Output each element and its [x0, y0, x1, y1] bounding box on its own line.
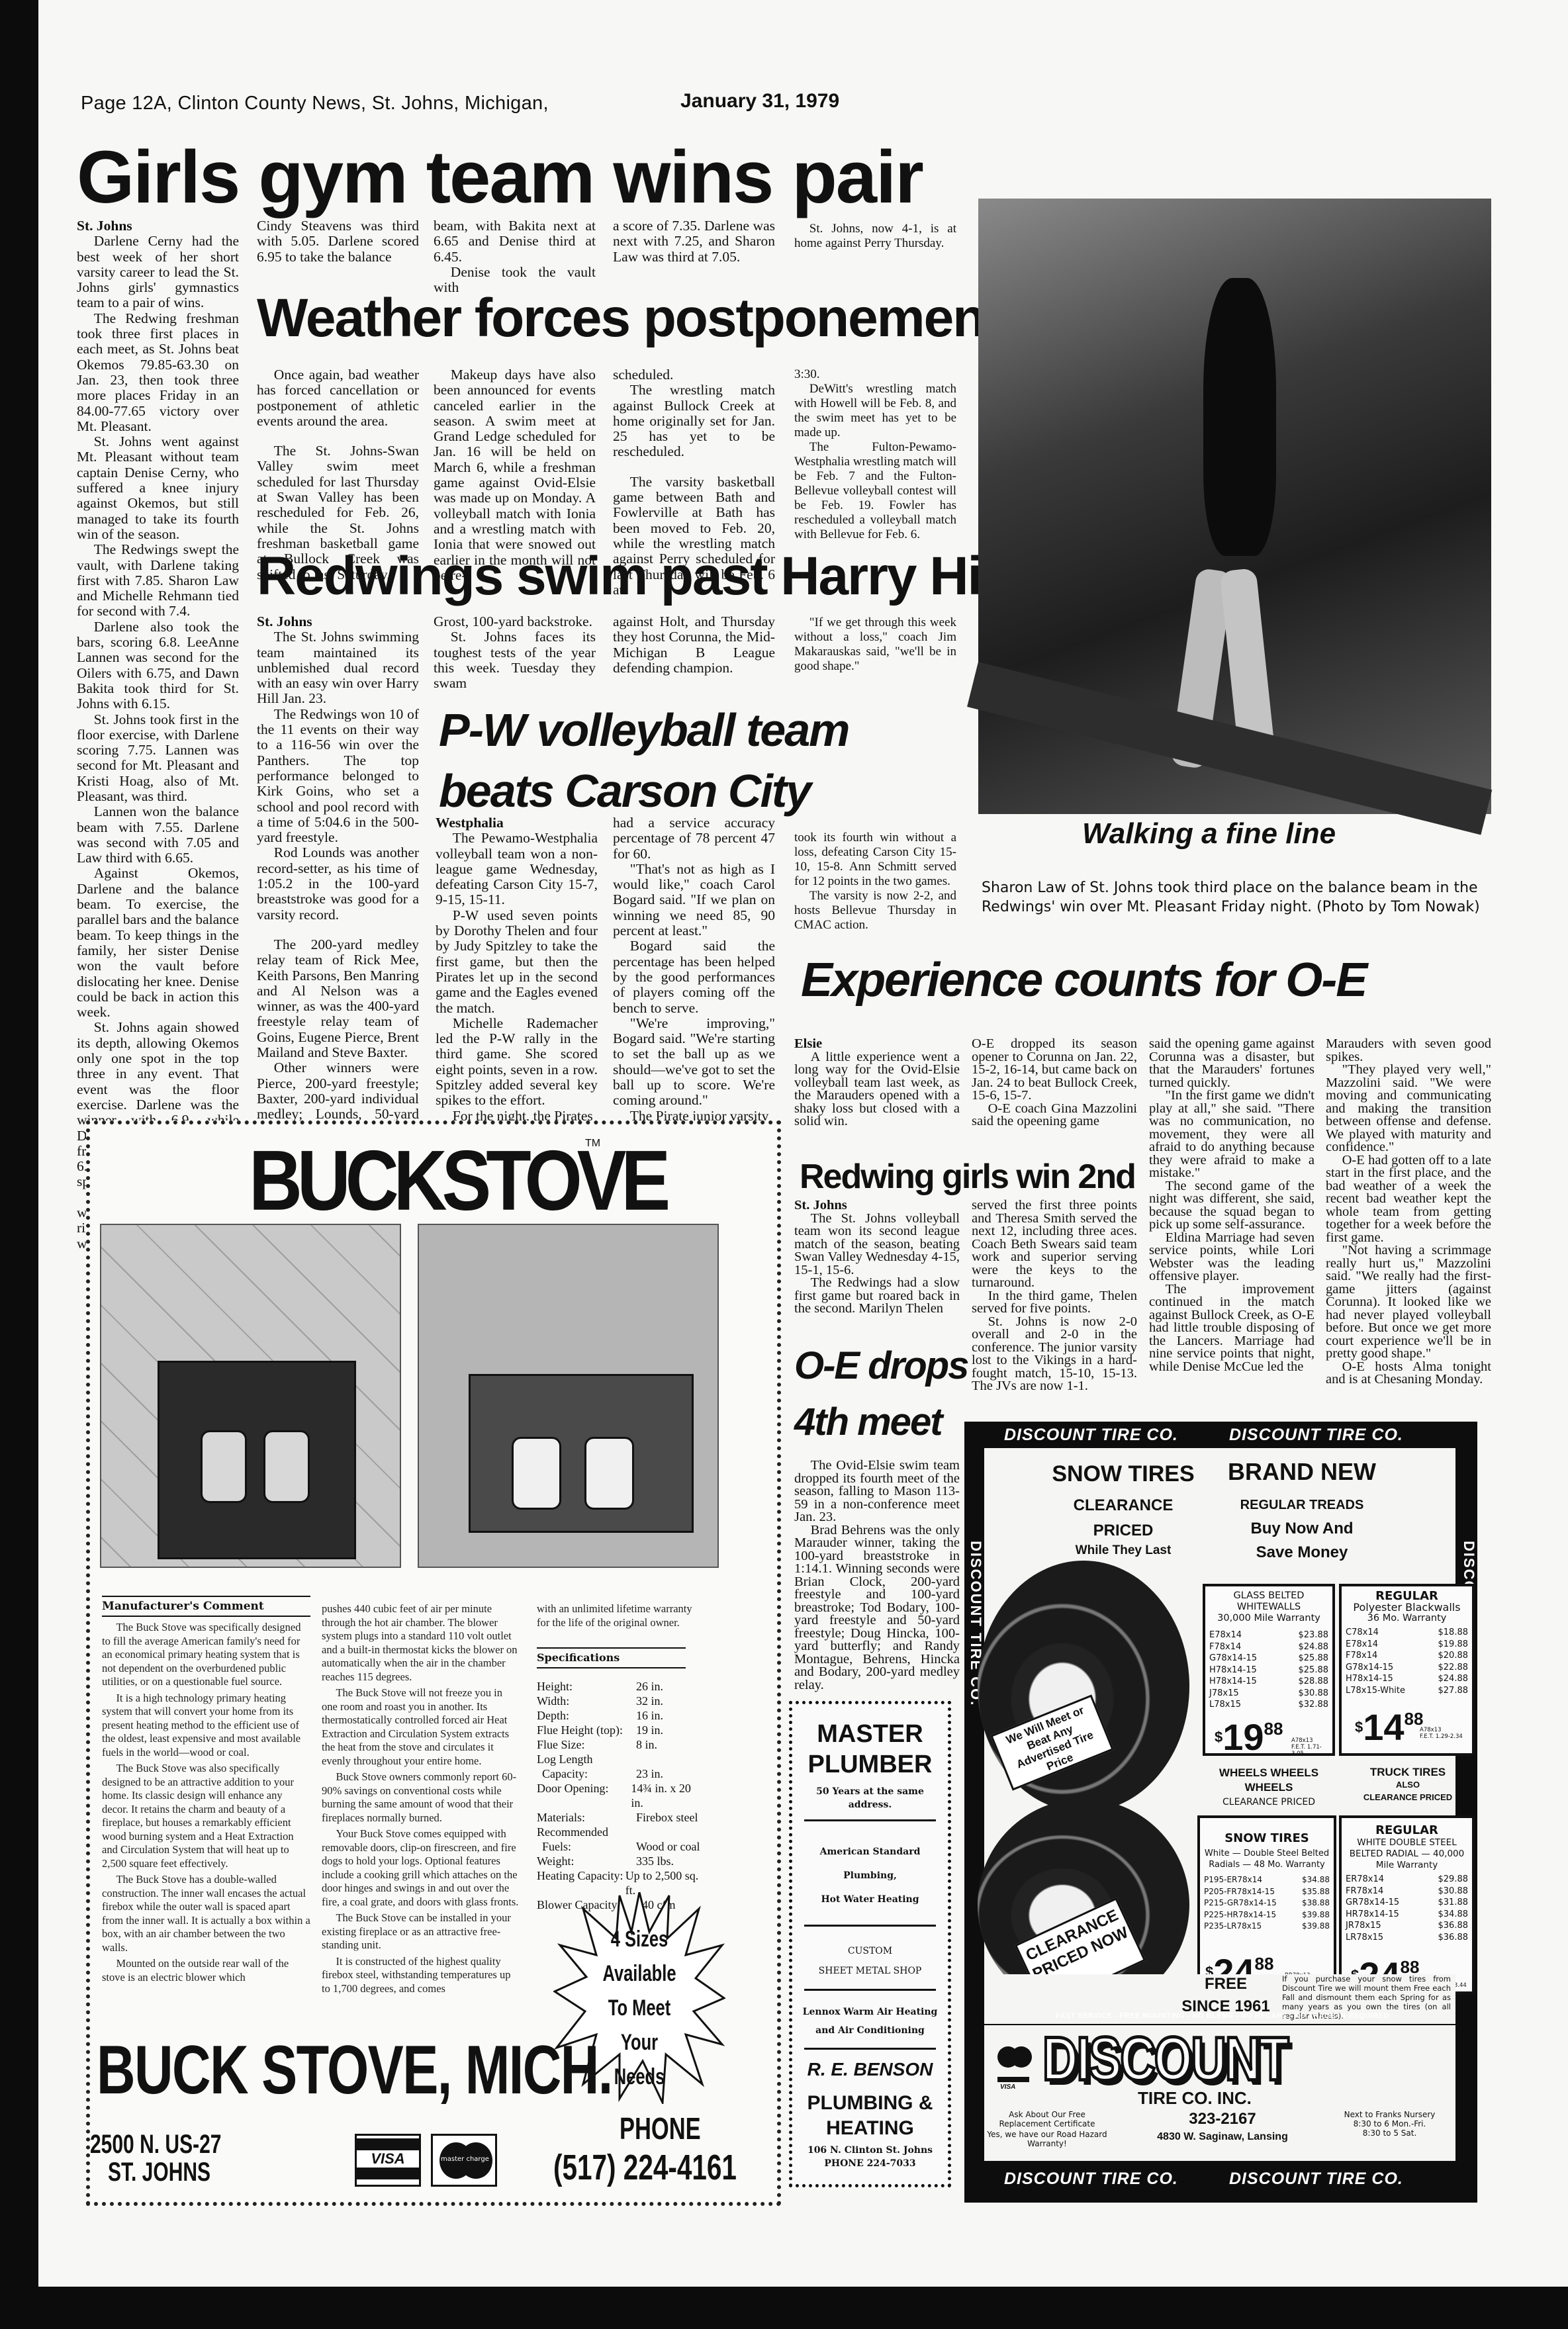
spec-row: Recommended — [537, 1825, 702, 1839]
oe-col2: O-E dropped its season opener to Corunna… — [972, 1038, 1137, 1128]
buck-text-col1: The Buck Stove was specifically designed… — [102, 1621, 310, 1987]
price-polyester: $1488 — [1355, 1709, 1423, 1746]
headline-oe-drops-line1: O-E drops — [794, 1347, 968, 1385]
spec-row: Flue Size:8 in. — [537, 1737, 702, 1752]
pw-col1: Westphalia The Pewamo-Westphalia volleyb… — [436, 815, 598, 1124]
swim-col3: against Holt, and Thursday they host Cor… — [613, 614, 775, 676]
oe-col3: said the opening game against Corunna wa… — [1149, 1038, 1314, 1373]
service-band: FAST SERVICE - FREE MOUNTING - NO BLEMS … — [991, 2007, 1454, 2025]
buck-text-col2: pushes 440 cubic feet of air per minute … — [322, 1602, 520, 1998]
plumber-address: 106 N. Clinton St. Johns — [792, 2144, 948, 2157]
stove-photo-insert — [418, 1224, 719, 1568]
price-glass: $1988 — [1215, 1719, 1283, 1756]
snow-tires-title: SNOW TIRES — [1037, 1461, 1209, 1487]
scan-border-bottom — [0, 2287, 1568, 2329]
photo-title: Walking a fine line — [1082, 817, 1336, 850]
pw-col2: had a service accuracy percentage of 78 … — [613, 815, 775, 1124]
tire-band-top-2: DISCOUNT TIRE CO. — [1229, 1426, 1403, 1445]
spec-row: Fuels:Wood or coal — [537, 1839, 702, 1854]
swim-col2: Grost, 100-yard backstroke. St. Johns fa… — [434, 614, 596, 691]
buck-stove-company-name: BUCK STOVE, MICH. — [97, 2031, 612, 2110]
phone-label: PHONE — [620, 2111, 701, 2146]
buck-phone-number: (517) 224-4161 — [553, 2147, 737, 2188]
spec-row: Width:32 in. — [537, 1694, 702, 1708]
photo-caption: Sharon Law of St. Johns took third place… — [982, 878, 1498, 917]
headline-pw-line1: P-W volleyball team — [439, 707, 849, 753]
plumber-name: R. E. BENSON — [792, 2059, 948, 2080]
headline-redwing-girls: Redwing girls win 2nd — [800, 1160, 1135, 1194]
gym-article-col2: Cindy Steavens was third with 5.05. Darl… — [257, 218, 419, 265]
swim-col1: St. Johns The St. Johns swimming team ma… — [257, 614, 419, 1168]
spec-row: Depth:16 in. — [537, 1708, 702, 1723]
dateline: St. Johns — [77, 218, 239, 234]
discount-logo-sub: TIRE CO. INC. — [1138, 2088, 1252, 2109]
tire-band-bottom-1: DISCOUNT TIRE CO. — [1004, 2169, 1178, 2189]
gymnast-photo — [978, 199, 1491, 814]
visa-card-icon: VISA — [355, 2134, 421, 2187]
spec-row: Capacity:23 in. — [537, 1766, 702, 1781]
spec-row: Height:26 in. — [537, 1679, 702, 1694]
master-plumber-ad: MASTER PLUMBER 50 Years at the same addr… — [789, 1701, 951, 2187]
manufacturer-comment-title: Manufacturer's Comment — [102, 1600, 264, 1613]
newspaper-page: Page 12A, Clinton County News, St. Johns… — [38, 0, 1568, 2287]
headline-girls-gym: Girls gym team wins pair — [77, 140, 923, 214]
discount-phone: 323-2167 — [1117, 2110, 1328, 2128]
buck-text-col3: with an unlimited lifetime warranty for … — [537, 1602, 696, 1632]
visa-card-icon — [997, 2077, 1029, 2082]
brand-new-title: BRAND NEW — [1203, 1458, 1401, 1486]
buck-stove-logo: BUCKSTOVE — [249, 1131, 665, 1229]
gym-article-col4: a score of 7.35. Darlene was next with 7… — [613, 218, 775, 265]
redwing-col1: St. Johns The St. Johns volleyball team … — [794, 1199, 960, 1316]
discount-address: 4830 W. Saginaw, Lansing — [1117, 2131, 1328, 2143]
headline-swim: Redwings swim past Harry Hill — [257, 549, 1009, 604]
spec-row: Weight:335 lbs. — [537, 1854, 702, 1868]
wheels-clearance: WHEELS WHEELS WHEELS CLEARANCE PRICED — [1203, 1766, 1335, 1809]
specifications-table: Height:26 in. Width:32 in. Depth:16 in. … — [537, 1679, 702, 1912]
redwing-col2: served the first three points and Theres… — [972, 1199, 1137, 1393]
mastercharge-card-icon — [997, 2046, 1031, 2073]
gymnast-figure — [1203, 278, 1276, 556]
specifications-title: Specifications — [537, 1651, 620, 1664]
discount-logo: DISCOUNT — [1042, 2023, 1287, 2093]
price-box-polyester: REGULAR Polyester Blackwalls 36 Mo. Warr… — [1339, 1584, 1475, 1756]
spec-row: Door Opening:14¾ in. x 20 in. — [537, 1781, 702, 1810]
price-box-glass-belted: GLASS BELTED WHITEWALLS 30,000 Mile Warr… — [1203, 1584, 1335, 1756]
discount-tire-ad: DISCOUNT TIRE CO. DISCOUNT TIRE CO. DISC… — [964, 1422, 1477, 2203]
headline-weather: Weather forces postponements — [257, 291, 1030, 345]
stove-photo-freestanding — [100, 1224, 401, 1568]
tire-band-bottom-2: DISCOUNT TIRE CO. — [1229, 2169, 1403, 2189]
oe-col4: Marauders with seven good spikes. "They … — [1326, 1038, 1491, 1387]
plumber-phone: PHONE 224-7033 — [792, 2157, 948, 2170]
oe-col1: Elsie A little experience went a long wa… — [794, 1038, 960, 1128]
weather-col4: 3:30. DeWitt's wrestling match with Howe… — [794, 367, 956, 542]
folio-line: Page 12A, Clinton County News, St. Johns… — [81, 93, 549, 114]
pw-col3: took its fourth win without a loss, defe… — [794, 831, 956, 933]
price-box-steel-belted: REGULAR WHITE DOUBLE STEEL BELTED RADIAL… — [1339, 1815, 1475, 1994]
spec-row: Flue Height (top):19 in. — [537, 1723, 702, 1737]
oedrops-body: The Ovid-Elsie swim team dropped its fou… — [794, 1459, 960, 1692]
gym-article-col3: beam, with Bakita next at 6.65 and Denis… — [434, 218, 596, 295]
trademark: TM — [585, 1138, 600, 1150]
scan-border-left — [0, 0, 38, 2329]
price-box-snow-radials: SNOW TIRES White — Double Steel Belted R… — [1197, 1815, 1336, 1994]
spec-row: Materials:Firebox steel — [537, 1810, 702, 1825]
gym-article-col5: St. Johns, now 4-1, is at home against P… — [794, 222, 956, 251]
gym-article-col1: St. Johns Darlene Cerny had the best wee… — [77, 218, 239, 1252]
balance-beam — [967, 662, 1492, 835]
headline-oe-experience: Experience counts for O-E — [801, 956, 1366, 1004]
buck-stove-ad: BUCKSTOVE TM Manufacturer's Comment The … — [86, 1120, 781, 2206]
tire-band-top-1: DISCOUNT TIRE CO. — [1004, 1426, 1178, 1445]
headline-oe-drops-line2: 4th meet — [794, 1403, 942, 1441]
swim-col4: "If we get through this week without a l… — [794, 616, 956, 674]
truck-tires-clearance: TRUCK TIRES ALSO CLEARANCE PRICED — [1342, 1766, 1474, 1804]
buck-address: 2500 N. US-27 ST. JOHNS — [90, 2130, 221, 2186]
issue-date: January 31, 1979 — [680, 90, 839, 113]
mastercharge-card-icon: master charge — [431, 2134, 497, 2187]
headline-pw-line2: beats Carson City — [439, 768, 810, 814]
spec-row: Log Length — [537, 1752, 702, 1766]
